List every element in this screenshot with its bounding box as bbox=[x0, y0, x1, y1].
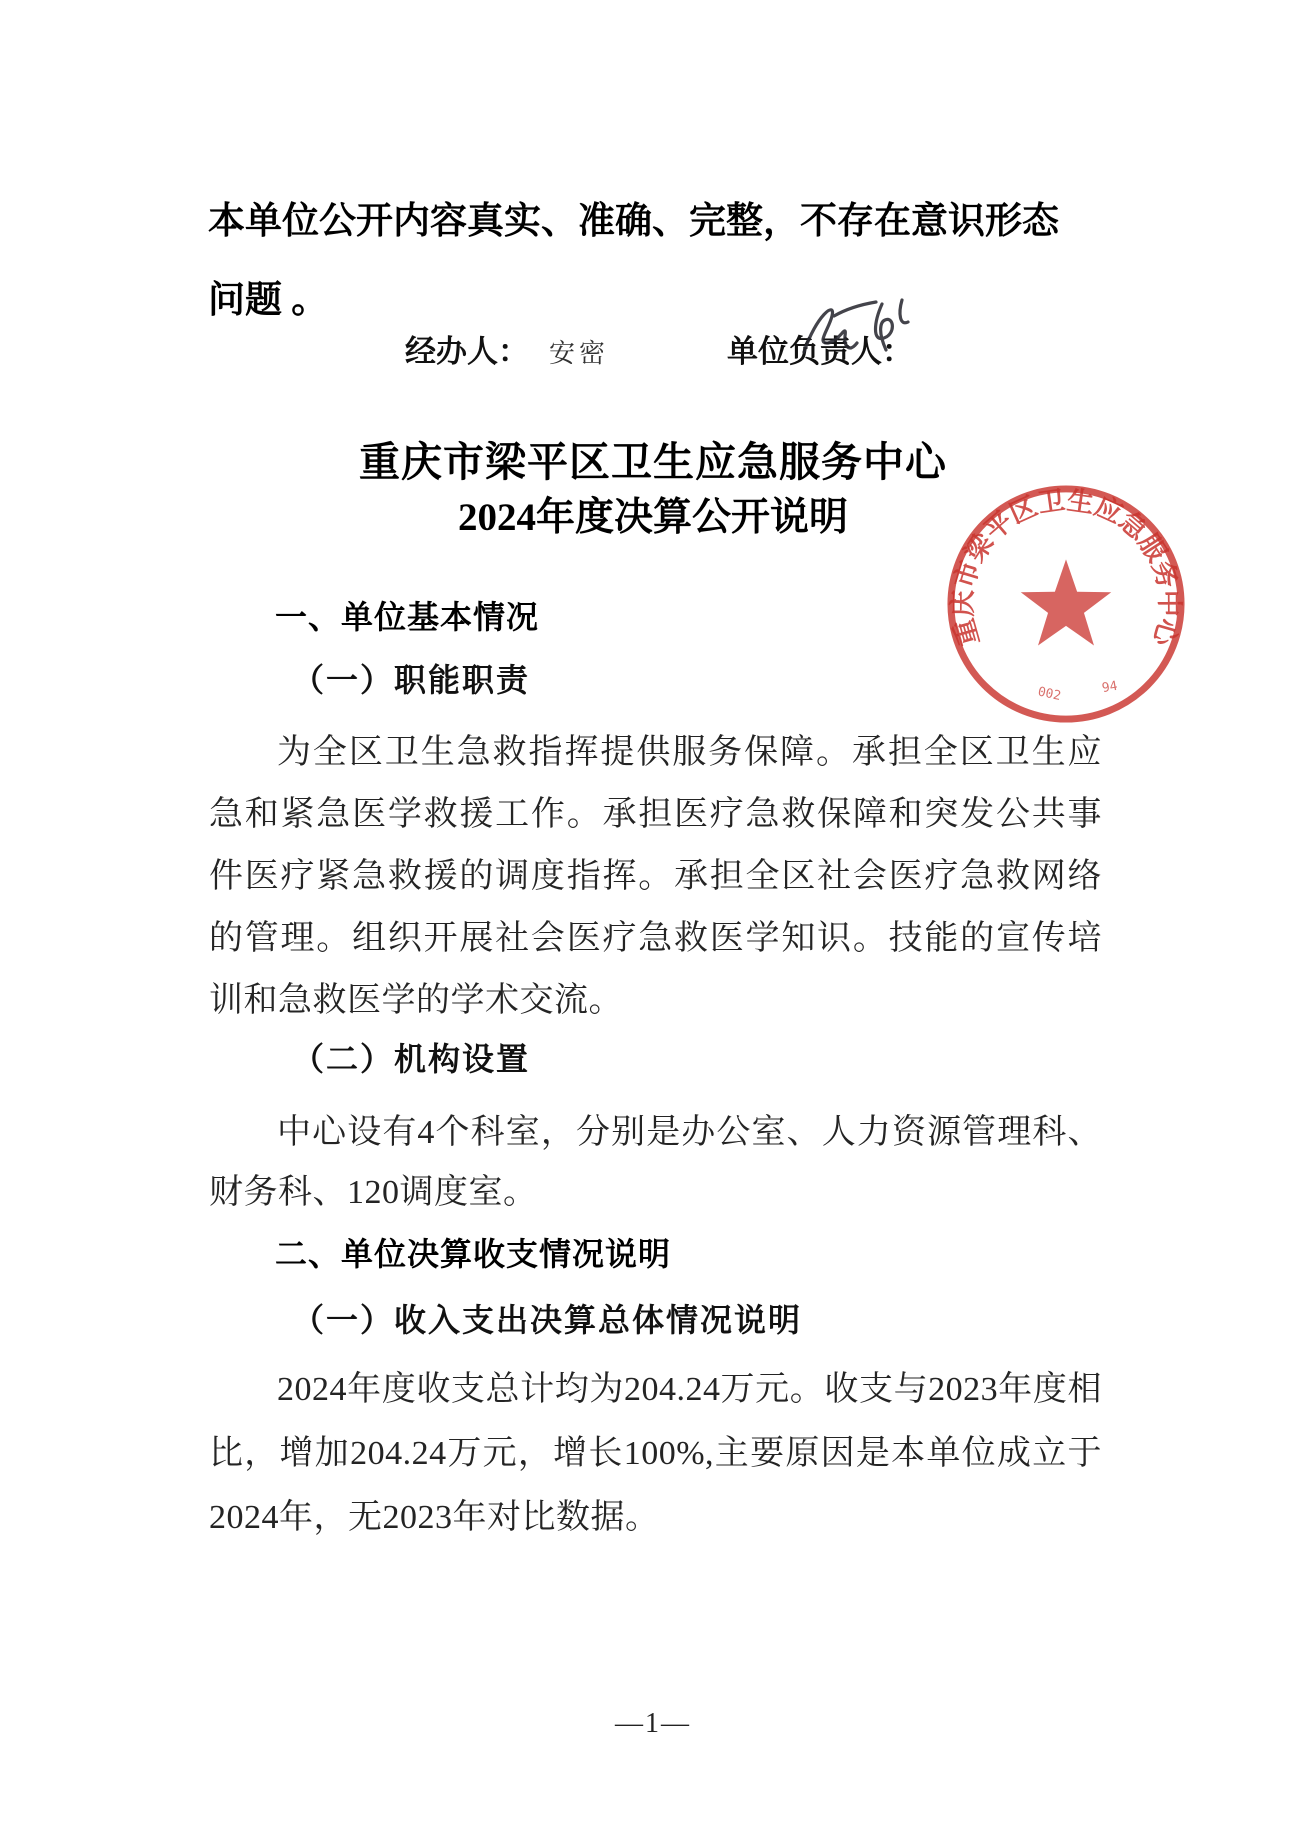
subsection-heading-structure: （二）机构设置 bbox=[292, 1034, 530, 1080]
document-page: 本单位公开内容真实、准确、完整，不存在意识形态 问题 。 经办人： 安密 单位负… bbox=[0, 0, 1306, 1848]
seal-code-right: 94 bbox=[1101, 679, 1119, 697]
seal-star-icon bbox=[1021, 559, 1111, 645]
page-number: —1— bbox=[0, 1708, 1306, 1740]
official-red-seal: 重庆市梁平区卫生应急服务中心 002 94 bbox=[942, 480, 1190, 728]
paragraph-structure: 中心设有4个科室，分别是办公室、人力资源管理科、财务科、120调度室。 bbox=[209, 1103, 1102, 1223]
section-heading-budget: 二、单位决算收支情况说明 bbox=[275, 1229, 671, 1275]
seal-code-left: 002 bbox=[1036, 685, 1062, 705]
subsection-heading-duties: （一）职能职责 bbox=[292, 655, 530, 701]
declaration-line-1: 本单位公开内容真实、准确、完整，不存在意识形态 bbox=[208, 182, 1108, 261]
paragraph-income-expense: 2024年度收支总计均为204.24万元。收支与2023年度相比，增加204.2… bbox=[209, 1358, 1102, 1550]
handler-label: 经办人： bbox=[405, 326, 529, 371]
paragraph-duties: 为全区卫生急救指挥提供服务保障。承担全区卫生应急和紧急医学救援工作。承担医疗急救… bbox=[209, 722, 1102, 1032]
signature-row: 经办人： 安密 单位负责人： bbox=[405, 326, 1165, 371]
leader-signature-handwritten bbox=[790, 292, 920, 380]
subsection-heading-income-expense: （一）收入支出决算总体情况说明 bbox=[292, 1295, 802, 1341]
handler-name: 安密 bbox=[549, 333, 609, 370]
section-heading-basic-info: 一、单位基本情况 bbox=[275, 592, 539, 638]
declaration-statement: 本单位公开内容真实、准确、完整，不存在意识形态 问题 。 bbox=[208, 182, 1108, 340]
